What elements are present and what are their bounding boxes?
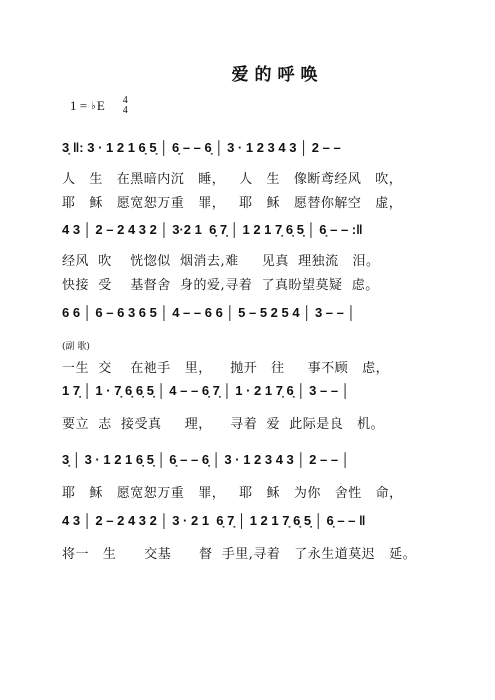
lyric-line: 将一 生 交基 督 手里,寻着 了永生道莫迟 延。 (62, 543, 416, 562)
lyric-line: 要立 志 接受真 理， 寻着 爱 此际是良 机。 (62, 413, 384, 432)
flat-icon: ♭ (91, 101, 96, 112)
lyric-verse-2: 快接 受 基督舍 身的爱,寻着 了真盼望莫疑 虑。 (62, 274, 379, 293)
notation-line: 4 3 │ 2 – 2 4 3 2 │ 3 · 2 1 6̣ 7̣ │ 1 2 … (62, 513, 366, 528)
key-do: 1 = (70, 98, 87, 114)
lyric-verse-2: 耶 稣 愿宽恕万重 罪， 耶 稣 愿替你解空 虚， (62, 192, 402, 211)
time-bottom: 4 (123, 106, 128, 116)
key-signature: 1 = ♭ E 4 4 (70, 96, 128, 116)
notation-line: 3̣ ‖: 3 · 1 2 1 6̣ 5̣ │ 6̣ – – 6̣ │ 3 · … (62, 140, 341, 155)
lyric-line: 一生 交 在祂手 里， 抛开 往 事不顾 虑， (62, 357, 389, 376)
lyric-verse-1: 经风 吹 恍惚似 烟消去,难 见真 理独流 泪。 (62, 250, 380, 269)
key-tonic: E (97, 98, 105, 114)
notation-line: 3̣ │ 3 · 1 2 1 6̣ 5̣ │ 6̣ – – 6̣ │ 3 · 1… (62, 452, 350, 467)
notation-line: 1 7̣ │ 1 · 7̣ 6̣ 6̣ 5̣ │ 4 – – 6̣ 7̣ │ 1… (62, 383, 350, 398)
time-signature: 4 4 (123, 96, 128, 116)
chorus-mark: (副 歌) (62, 339, 90, 352)
song-title: 爱的呼唤 (0, 60, 495, 85)
lyric-line: 耶 稣 愿宽恕万重 罪， 耶 稣 为你 舍性 命， (62, 482, 403, 501)
lyric-verse-1: 人 生 在黑暗内沉 睡， 人 生 像断鸢经风 吹， (62, 168, 402, 187)
notation-line: 6 6 │ 6 – 6 3 6 5 │ 4 – – 6 6 │ 5 – 5 2 … (62, 305, 356, 320)
notation-line: 4 3 │ 2 – 2 4 3 2 │ 3·2 1 6̣ 7̣ │ 1 2 1 … (62, 222, 363, 237)
